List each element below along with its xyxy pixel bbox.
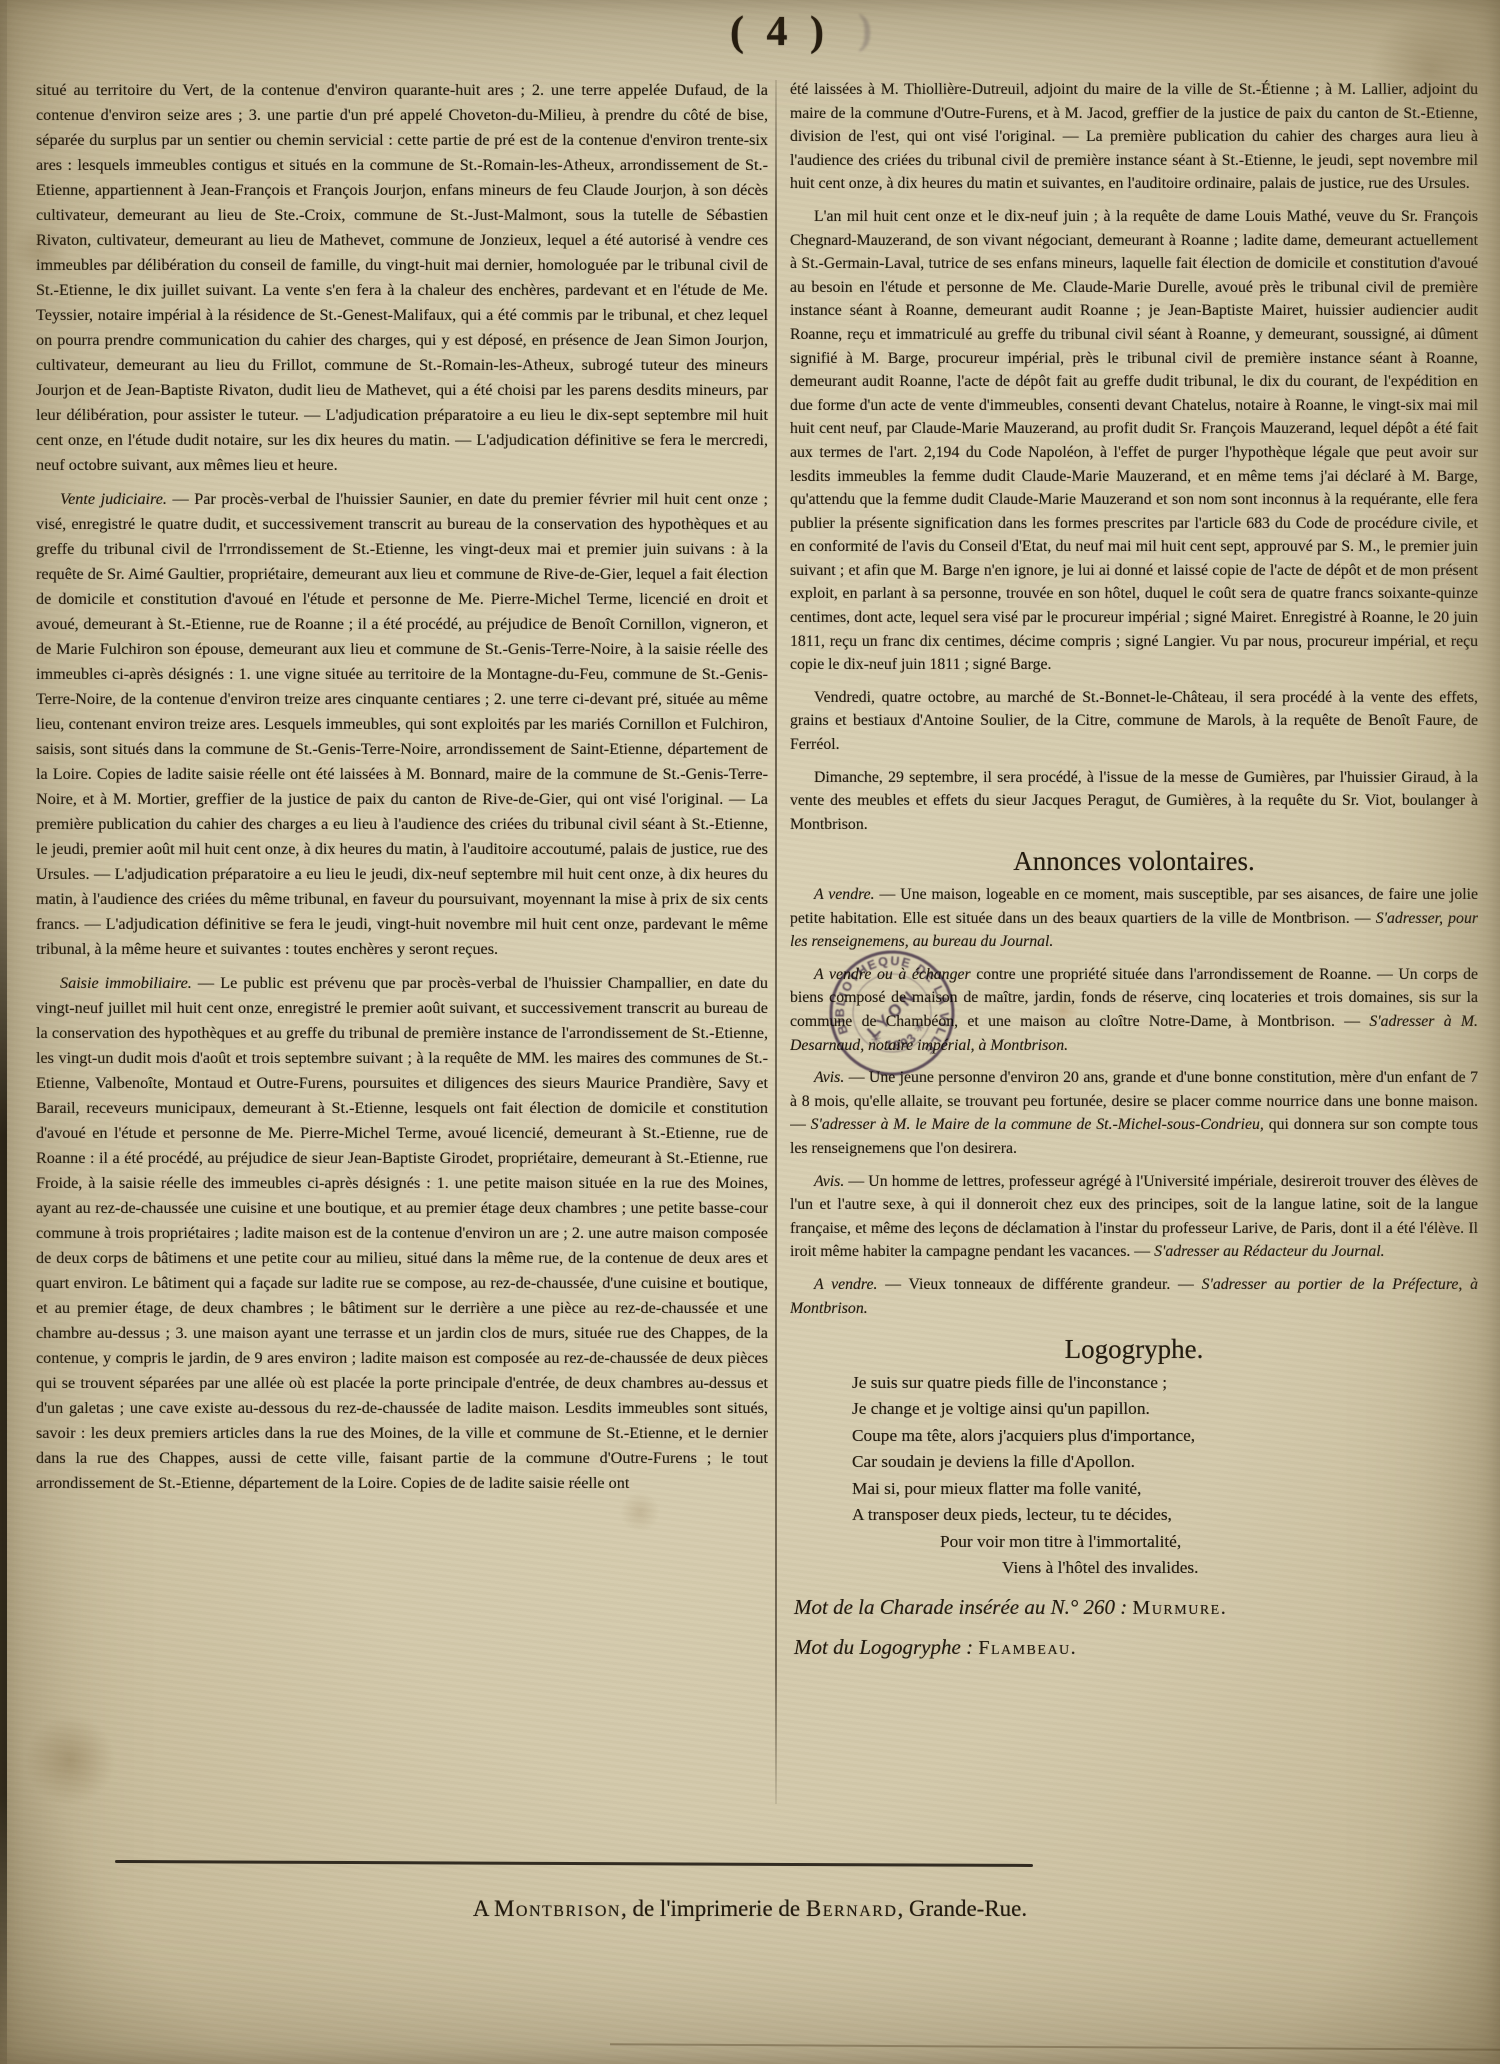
text-segment: — Le public est prévenu que par procès-v… — [36, 974, 768, 1492]
logogryphe-answer: Mot du Logogryphe : Flambeau. — [790, 1634, 1478, 1662]
printer-imprint: A Montbrison, de l'imprimerie de Bernard… — [0, 1896, 1500, 1922]
section-heading-logogryphe: Logogryphe. — [790, 1338, 1478, 1362]
text-segment: S'adresser à M. le Maire de la commune d… — [811, 1116, 1264, 1133]
text-segment: A vendre. — [814, 886, 875, 903]
text-segment: Mai si, pour mieux flatter ma folle vani… — [852, 1479, 1141, 1498]
imprint-city: Montbrison — [494, 1896, 621, 1921]
notice-dimanche-gumieres: Dimanche, 29 septembre, il sera procédé,… — [790, 766, 1478, 837]
poem-line: Je suis sur quatre pieds fille de l'inco… — [852, 1370, 1478, 1397]
text-segment: S'adresser au Rédacteur du Journal. — [1154, 1243, 1385, 1260]
column-divider-rule — [775, 80, 777, 1804]
notice-vente-jourjon-continuation: situé au territoire du Vert, de la conte… — [36, 78, 768, 478]
imprint-printer: Bernard — [806, 1896, 898, 1921]
text-segment: Mot de la Charade insérée au N.° 260 : — [794, 1595, 1133, 1619]
text-segment: Mot du Logogryphe : — [794, 1635, 978, 1659]
text-segment: Flambeau. — [978, 1637, 1077, 1659]
text-segment: L'an mil huit cent onze et le dix-neuf j… — [790, 208, 1478, 673]
text-segment: A vendre. — [814, 1276, 877, 1293]
notice-saisie-continuation: été laissées à M. Thiollière-Dutreuil, a… — [790, 78, 1478, 196]
text-segment: Je change et je voltige ainsi qu'un papi… — [852, 1399, 1150, 1418]
notice-vente-judiciaire: Vente judiciaire. — Par procès-verbal de… — [36, 487, 768, 962]
text-segment: — Par procès-verbal de l'huissier Saunie… — [36, 490, 768, 958]
text-segment: été laissées à M. Thiollière-Dutreuil, a… — [790, 81, 1478, 192]
poem-line: Viens à l'hôtel des invalides. — [1002, 1555, 1478, 1582]
ad-tonneaux: A vendre. — Vieux tonneaux de différente… — [790, 1273, 1478, 1320]
imprint-text: , de l'imprimerie de — [621, 1896, 806, 1921]
page-number: ( 4 ) — [60, 8, 1500, 56]
poem-line: A transposer deux pieds, lecteur, tu te … — [852, 1502, 1478, 1529]
text-segment: Pour voir mon titre à l'immortalité, — [940, 1532, 1181, 1551]
text-segment: Logogryphe. — [1065, 1334, 1204, 1364]
poem-line: Car soudain je deviens la fille d'Apollo… — [852, 1449, 1478, 1476]
text-segment: Vendredi, quatre octobre, au marché de S… — [790, 689, 1478, 753]
newspaper-page: ) ( 4 ) situé au territoire du Vert, de … — [0, 0, 1500, 2064]
text-segment: Je suis sur quatre pieds fille de l'inco… — [852, 1373, 1167, 1392]
left-column: situé au territoire du Vert, de la conte… — [36, 78, 768, 1808]
poem-line: Mai si, pour mieux flatter ma folle vani… — [852, 1476, 1478, 1503]
page-bottom-edge — [610, 2043, 1500, 2050]
notice-saisie-immobiliaire: Saisie immobiliaire. — Le public est pré… — [36, 971, 768, 1496]
poem-line: Pour voir mon titre à l'immortalité, — [940, 1529, 1478, 1556]
text-segment: Murmure. — [1133, 1597, 1228, 1619]
text-segment: Vente judiciaire. — [60, 490, 167, 508]
text-segment: Coupe ma tête, alors j'acquiers plus d'i… — [852, 1426, 1195, 1445]
text-segment: A transposer deux pieds, lecteur, tu te … — [852, 1505, 1172, 1524]
section-heading-annonces: Annonces volontaires. — [790, 850, 1478, 874]
imprint-text: , Grande-Rue. — [897, 1896, 1027, 1921]
text-segment: Avis. — [814, 1173, 844, 1190]
notice-signification-roanne: L'an mil huit cent onze et le dix-neuf j… — [790, 205, 1478, 677]
charade-answer: Mot de la Charade insérée au N.° 260 : M… — [790, 1594, 1478, 1622]
avis-professeur: Avis. — Un homme de lettres, professeur … — [790, 1170, 1478, 1264]
text-segment: Dimanche, 29 septembre, il sera procédé,… — [790, 769, 1478, 833]
text-segment: Annonces volontaires. — [1013, 846, 1254, 876]
page-left-edge-shadow — [0, 0, 7, 2064]
text-segment: situé au territoire du Vert, de la conte… — [36, 81, 768, 474]
text-segment: Car soudain je deviens la fille d'Apollo… — [852, 1452, 1135, 1471]
poem-line: Coupe ma tête, alors j'acquiers plus d'i… — [852, 1423, 1478, 1450]
poem-line: Je change et je voltige ainsi qu'un papi… — [852, 1396, 1478, 1423]
text-segment: Saisie immobiliaire. — [60, 974, 192, 992]
imprint-text: A — [473, 1896, 494, 1921]
text-segment: — Vieux tonneaux de différente grandeur.… — [877, 1276, 1201, 1293]
notice-vendredi-marche: Vendredi, quatre octobre, au marché de S… — [790, 686, 1478, 757]
text-segment: Viens à l'hôtel des invalides. — [1002, 1558, 1198, 1577]
